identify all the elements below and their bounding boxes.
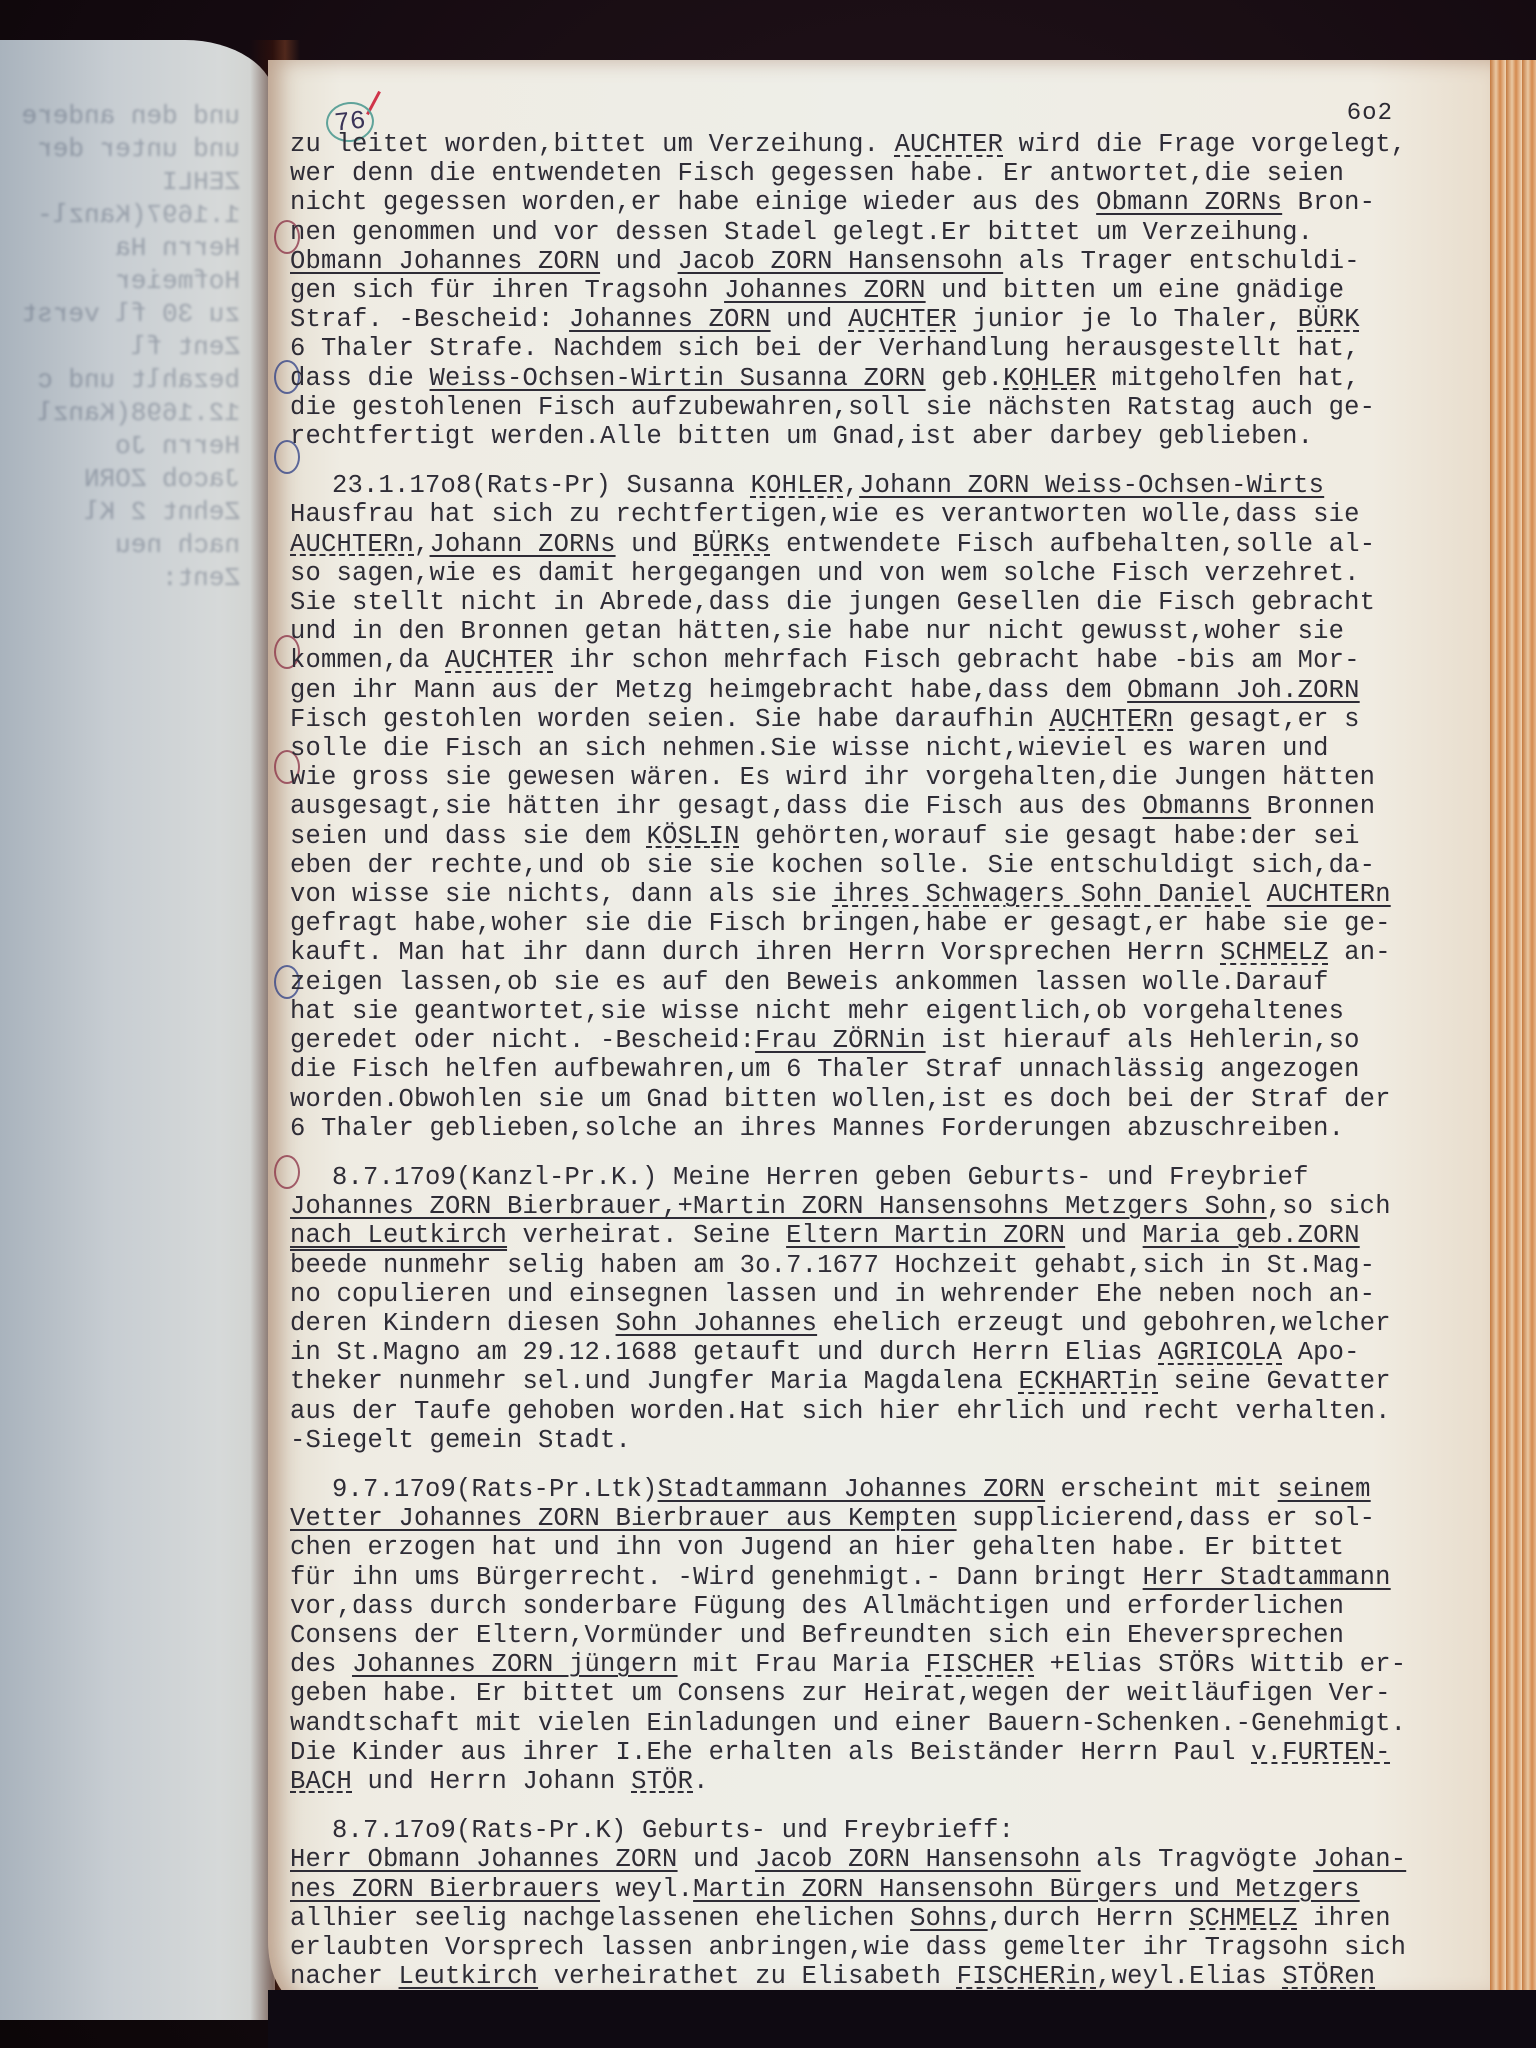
text-segment: mitgeholfen hat, <box>1096 364 1360 393</box>
text-segment: beede nunmehr selig haben am 3o.7.1677 H… <box>290 1251 1375 1280</box>
underlined-name: AUCHTER <box>848 305 957 334</box>
text-segment: des <box>290 1650 352 1679</box>
text-segment: 8.7.17o9(Kanzl-Pr.K.) Meine Herren geben… <box>332 1163 1309 1192</box>
underlined-name: SCHMELZ <box>1220 938 1329 967</box>
text-segment <box>1251 880 1267 909</box>
text-line: zu leitet worden,bittet um Verzeihung. A… <box>290 130 1485 159</box>
underlined-name: SCHMELZ <box>1189 1904 1298 1933</box>
underlined-name: Johannes ZORN <box>724 276 926 305</box>
underlined-name: BÜRK <box>1298 305 1360 334</box>
text-segment: gehörten,worauf sie gesagt habe:der sei <box>740 822 1360 851</box>
text-line: die gestohlenen Fisch aufzubewahren,soll… <box>290 393 1485 422</box>
text-segment: als Tragvögte <box>1081 1845 1314 1874</box>
text-segment: vor,dass durch sonderbare Fügung des All… <box>290 1592 1344 1621</box>
text-segment: eben der rechte,und ob sie sie kochen so… <box>290 851 1375 880</box>
text-line: allhier seelig nachgelassenen ehelichen … <box>290 1904 1485 1933</box>
text-segment: solle die Fisch an sich nehmen.Sie wisse… <box>290 734 1329 763</box>
text-line: Johannes ZORN Bierbrauer,+Martin ZORN Ha… <box>290 1192 1485 1221</box>
text-line: gefragt habe,woher sie die Fisch bringen… <box>290 909 1485 938</box>
text-line: rechtfertigt werden.Alle bitten um Gnad,… <box>290 422 1485 451</box>
typewritten-transcript: zu leitet worden,bittet um Verzeihung. A… <box>290 130 1485 1991</box>
paragraph-gap <box>290 451 1485 471</box>
ghost-line: bezahlt und c <box>0 364 240 397</box>
text-segment: so sagen,wie es damit hergegangen und vo… <box>290 559 1360 588</box>
text-segment: 8.7.17o9(Rats-Pr.K) Geburts- und Freybri… <box>332 1816 1014 1845</box>
text-line: wandtschaft mit vielen Einladungen und e… <box>290 1709 1485 1738</box>
text-segment: von wisse sie nichts, dann als sie <box>290 880 833 909</box>
text-segment: gesagt,er s <box>1174 705 1360 734</box>
text-line: Vetter Johannes ZORN Bierbrauer aus Kemp… <box>290 1504 1485 1533</box>
underlined-name: Obmann Johannes ZORN <box>290 247 600 276</box>
text-segment: und <box>1065 1221 1143 1250</box>
underlined-name: Jacob ZORN Hansensohn <box>755 1845 1081 1874</box>
text-segment: Apo- <box>1282 1338 1360 1367</box>
text-segment: no copulieren und einsegnen lassen und i… <box>290 1280 1375 1309</box>
text-segment: ist hierauf als Hehlerin,so <box>926 1026 1360 1055</box>
underlined-name: nach Leutkirch <box>290 1221 507 1250</box>
underlined-name: Obmann ZORNs <box>1096 188 1282 217</box>
underlined-name: Vetter Johannes ZORN Bierbrauer aus Kemp… <box>290 1504 957 1533</box>
ghost-line: ZEHLI <box>0 166 240 199</box>
text-line: so sagen,wie es damit hergegangen und vo… <box>290 559 1485 588</box>
underlined-name: Johann ZORNs <box>430 530 616 559</box>
text-line: nes ZORN Bierbrauers weyl.Martin ZORN Ha… <box>290 1875 1485 1904</box>
underlined-name: AUCHTERn <box>1050 705 1174 734</box>
text-segment: Bron- <box>1282 188 1375 217</box>
ghost-line: Zehnt 2 Kl <box>0 496 240 529</box>
text-segment: ,durch Herrn <box>988 1904 1190 1933</box>
left-page-bleedthrough-text: und den andereund unter derZEHLI1.1697(K… <box>0 100 240 595</box>
text-line: vor,dass durch sonderbare Fügung des All… <box>290 1592 1485 1621</box>
text-segment: wer denn die entwendeten Fisch gegessen … <box>290 159 1344 188</box>
text-segment: und <box>678 1845 756 1874</box>
text-segment: deren Kindern diesen <box>290 1309 616 1338</box>
text-line: von wisse sie nichts, dann als sie ihres… <box>290 880 1485 909</box>
underlined-name: AUCHTER <box>895 130 1004 159</box>
text-line: no copulieren und einsegnen lassen und i… <box>290 1280 1485 1309</box>
underlined-name: v.FURTEN- <box>1251 1738 1391 1767</box>
underlined-name: Obmanns <box>1143 792 1252 821</box>
book-page-edges <box>1490 60 1536 1990</box>
text-segment: erscheint mit <box>1045 1475 1278 1504</box>
underlined-name: AGRICOLA <box>1158 1338 1282 1367</box>
ghost-line: und unter der <box>0 133 240 166</box>
text-segment: nen genommen und vor dessen Stadel geleg… <box>290 218 1313 247</box>
text-segment: gen ihr Mann aus der Metzg heimgebracht … <box>290 676 1127 705</box>
text-segment: 9.7.17o9(Rats-Pr.Ltk) <box>332 1475 658 1504</box>
text-line: -Siegelt gemein Stadt. <box>290 1426 1485 1455</box>
underlined-name: Jacob ZORN Hansensohn <box>678 247 1004 276</box>
text-segment: gefragt habe,woher sie die Fisch bringen… <box>290 909 1391 938</box>
text-line: wie gross sie gewesen wären. Es wird ihr… <box>290 763 1485 792</box>
ghost-line: Herrn Jo <box>0 430 240 463</box>
paragraph-gap <box>290 1143 1485 1163</box>
bottom-shadow <box>268 1990 1536 2048</box>
text-segment: worden.Obwohlen sie um Gnad bitten wolle… <box>290 1085 1391 1114</box>
underlined-name: seinem <box>1278 1475 1371 1504</box>
text-segment: 6 Thaler geblieben,solche an ihres Manne… <box>290 1114 1344 1143</box>
underlined-name: Herr Obmann Johannes ZORN <box>290 1845 678 1874</box>
text-segment: +Elias STÖRs Wittib er- <box>1034 1650 1406 1679</box>
text-segment: dass die <box>290 364 430 393</box>
text-segment: für ihn ums Bürgerrecht. -Wird genehmigt… <box>290 1563 1143 1592</box>
text-line: worden.Obwohlen sie um Gnad bitten wolle… <box>290 1085 1485 1114</box>
underlined-name: Johannes ZORN Bierbrauer,+Martin ZORN Ha… <box>290 1192 1267 1221</box>
text-segment: und bitten um eine gnädige <box>926 276 1345 305</box>
text-segment: ,weyl.Elias <box>1096 1962 1282 1991</box>
text-segment: Hausfrau hat sich zu rechtfertigen,wie e… <box>290 500 1360 529</box>
text-segment: nicht gegessen worden,er habe einige wie… <box>290 188 1096 217</box>
ghost-line: Hofmeier <box>0 265 240 298</box>
text-segment: Die Kinder aus ihrer I.Ehe erhalten als … <box>290 1738 1251 1767</box>
text-segment: gen sich für ihren Tragsohn <box>290 276 724 305</box>
underlined-name: Johannes ZORN jüngern <box>352 1650 678 1679</box>
ghost-line: 12.1698(Kanzl <box>0 397 240 430</box>
right-page: 6o2 76 zu leitet worden,bittet um Verzei… <box>268 60 1493 2000</box>
text-segment: kauft. Man hat ihr dann durch ihren Herr… <box>290 938 1220 967</box>
text-line: Herr Obmann Johannes ZORN und Jacob ZORN… <box>290 1845 1485 1874</box>
text-line: 8.7.17o9(Rats-Pr.K) Geburts- und Freybri… <box>290 1816 1485 1845</box>
text-line: 23.1.17o8(Rats-Pr) Susanna KOHLER,Johann… <box>290 471 1485 500</box>
text-segment: rechtfertigt werden.Alle bitten um Gnad,… <box>290 422 1313 451</box>
underlined-name: Eltern Martin ZORN <box>786 1221 1065 1250</box>
text-segment: wird die Frage vorgelegt, <box>1003 130 1406 159</box>
underlined-name: Frau ZÖRNin <box>755 1026 926 1055</box>
underlined-name: ECKHARTin <box>1019 1367 1159 1396</box>
ghost-line: 1.1697(Kanzl- <box>0 199 240 232</box>
text-segment: die gestohlenen Fisch aufzubewahren,soll… <box>290 393 1375 422</box>
text-segment: und <box>771 305 849 334</box>
text-segment: ehelich erzeugt und gebohren,welcher <box>817 1309 1391 1338</box>
text-line: wer denn die entwendeten Fisch gegessen … <box>290 159 1485 188</box>
ghost-line: Jacob ZORN <box>0 463 240 496</box>
text-segment: allhier seelig nachgelassenen ehelichen <box>290 1904 910 1933</box>
text-segment: verheirat. Seine <box>507 1221 786 1250</box>
text-segment: wandtschaft mit vielen Einladungen und e… <box>290 1709 1406 1738</box>
text-line: kommen,da AUCHTER ihr schon mehrfach Fis… <box>290 646 1485 675</box>
underlined-name: Leutkirch <box>399 1962 539 1991</box>
text-segment: , <box>844 471 860 500</box>
text-line: dass die Weiss-Ochsen-Wirtin Susanna ZOR… <box>290 364 1485 393</box>
text-segment: junior je lo Thaler, <box>957 305 1298 334</box>
underlined-name: BÜRKs <box>693 530 771 559</box>
underlined-name: AUCHTERn <box>290 530 414 559</box>
text-line: nicht gegessen worden,er habe einige wie… <box>290 188 1485 217</box>
text-segment: kommen,da <box>290 646 445 675</box>
text-segment: aus der Taufe gehoben worden.Hat sich hi… <box>290 1397 1391 1426</box>
underlined-name: nes ZORN Bierbrauers <box>290 1875 600 1904</box>
text-segment: in St.Magno am 29.12.1688 getauft und du… <box>290 1338 1158 1367</box>
underlined-name: KOHLER <box>1003 364 1096 393</box>
text-segment: hat sie geantwortet,sie wisse nicht mehr… <box>290 997 1344 1026</box>
paragraph-gap <box>290 1455 1485 1475</box>
underlined-name: AUCHTER <box>445 646 554 675</box>
text-segment: als Trager entschuldi- <box>1003 247 1360 276</box>
text-line: aus der Taufe gehoben worden.Hat sich hi… <box>290 1397 1485 1426</box>
underlined-name: Sohns <box>910 1904 988 1933</box>
underlined-name: KÖSLIN <box>647 822 740 851</box>
text-line: 8.7.17o9(Kanzl-Pr.K.) Meine Herren geben… <box>290 1163 1485 1192</box>
text-segment: und Herrn Johann <box>352 1767 631 1796</box>
text-line: nach Leutkirch verheirat. Seine Eltern M… <box>290 1221 1485 1250</box>
underlined-name: Johan- <box>1313 1845 1406 1874</box>
text-line: Die Kinder aus ihrer I.Ehe erhalten als … <box>290 1738 1485 1767</box>
text-line: nen genommen und vor dessen Stadel geleg… <box>290 218 1485 247</box>
underlined-name: Stadtammann Johannes ZORN <box>658 1475 1046 1504</box>
text-segment: mit Frau Maria <box>678 1650 926 1679</box>
text-segment: ausgesagt,sie hätten ihr gesagt,dass die… <box>290 792 1143 821</box>
text-line: AUCHTERn,Johann ZORNs und BÜRKs entwende… <box>290 530 1485 559</box>
text-segment: Sie stellt nicht in Abrede,dass die jung… <box>290 588 1375 617</box>
underlined-name: Maria geb.ZORN <box>1143 1221 1360 1250</box>
underlined-name: KOHLER <box>751 471 844 500</box>
text-segment: leitet worden,bittet um Verzeihung. <box>337 130 895 159</box>
underlined-name: FISCHERin <box>957 1962 1097 1991</box>
underlined-name: BACH <box>290 1767 352 1796</box>
underlined-name: Weiss-Ochsen-Wirtin Susanna ZORN <box>430 364 926 393</box>
text-line: solle die Fisch an sich nehmen.Sie wisse… <box>290 734 1485 763</box>
text-line: hat sie geantwortet,sie wisse nicht mehr… <box>290 997 1485 1026</box>
text-line: deren Kindern diesen Sohn Johannes eheli… <box>290 1309 1485 1338</box>
text-line: theker nunmehr sel.und Jungfer Maria Mag… <box>290 1367 1485 1396</box>
underlined-name: Sohn Johannes <box>616 1309 818 1338</box>
ghost-line: und den andere <box>0 100 240 133</box>
text-line: 6 Thaler geblieben,solche an ihres Manne… <box>290 1114 1485 1143</box>
text-line: zeigen lassen,ob sie es auf den Beweis a… <box>290 968 1485 997</box>
text-segment: supplicierend,dass er sol- <box>957 1504 1376 1533</box>
underlined-name: Herr Stadtammann <box>1143 1563 1391 1592</box>
text-segment: chen erzogen hat und ihn von Jugend an h… <box>290 1533 1344 1562</box>
text-line: gen ihr Mann aus der Metzg heimgebracht … <box>290 676 1485 705</box>
text-segment: seien und dass sie dem <box>290 822 647 851</box>
text-segment: zu <box>290 130 337 159</box>
text-segment: ihr schon mehrfach Fisch gebracht habe -… <box>554 646 1360 675</box>
text-line: in St.Magno am 29.12.1688 getauft und du… <box>290 1338 1485 1367</box>
text-line: chen erzogen hat und ihn von Jugend an h… <box>290 1533 1485 1562</box>
text-segment: Bronnen <box>1251 792 1375 821</box>
text-segment: geben habe. Er bittet um Consens zur Hei… <box>290 1679 1391 1708</box>
text-segment: -Siegelt gemein Stadt. <box>290 1426 631 1455</box>
text-segment: und in den Bronnen getan hätten,sie habe… <box>290 617 1344 646</box>
ghost-line: Herrn Ha <box>0 232 240 265</box>
text-line: beede nunmehr selig haben am 3o.7.1677 H… <box>290 1251 1485 1280</box>
text-segment: theker nunmehr sel.und Jungfer Maria Mag… <box>290 1367 1019 1396</box>
text-segment: verheirathet zu Elisabeth <box>538 1962 957 1991</box>
text-segment: und <box>616 530 694 559</box>
text-segment: 23.1.17o8(Rats-Pr) Susanna <box>332 471 751 500</box>
text-segment: ,so sich <box>1267 1192 1391 1221</box>
ghost-line: Zent fl <box>0 331 240 364</box>
text-line: für ihn ums Bürgerrecht. -Wird genehmigt… <box>290 1563 1485 1592</box>
text-line: Sie stellt nicht in Abrede,dass die jung… <box>290 588 1485 617</box>
underlined-name: ihres Schwagers Sohn Daniel <box>833 880 1252 909</box>
underlined-name: STÖRen <box>1282 1962 1375 1991</box>
text-segment: , <box>414 530 430 559</box>
text-line: des Johannes ZORN jüngern mit Frau Maria… <box>290 1650 1485 1679</box>
text-segment: geredet oder nicht. -Bescheid: <box>290 1026 755 1055</box>
left-facing-page: und den andereund unter derZEHLI1.1697(K… <box>0 40 275 2020</box>
text-segment: wie gross sie gewesen wären. Es wird ihr… <box>290 763 1375 792</box>
text-line: eben der rechte,und ob sie sie kochen so… <box>290 851 1485 880</box>
underlined-name: AUCHTERn <box>1267 880 1391 909</box>
text-segment: an- <box>1329 938 1391 967</box>
text-line: gen sich für ihren Tragsohn Johannes ZOR… <box>290 276 1485 305</box>
text-line: 9.7.17o9(Rats-Pr.Ltk)Stadtammann Johanne… <box>290 1475 1485 1504</box>
text-segment: Fisch gestohlen worden seien. Sie habe d… <box>290 705 1050 734</box>
underlined-name: FISCHER <box>926 1650 1035 1679</box>
text-segment: ihren <box>1298 1904 1391 1933</box>
text-segment: Consens der Eltern,Vormünder und Befreun… <box>290 1621 1344 1650</box>
underlined-name: Johannes ZORN <box>569 305 771 334</box>
text-line: nacher Leutkirch verheirathet zu Elisabe… <box>290 1962 1485 1991</box>
text-line: Fisch gestohlen worden seien. Sie habe d… <box>290 705 1485 734</box>
ghost-line: nach neu <box>0 529 240 562</box>
underlined-name: Johann ZORN Weiss-Ochsen-Wirts <box>859 471 1324 500</box>
text-segment: weyl. <box>600 1875 693 1904</box>
text-line: 6 Thaler Strafe. Nachdem sich bei der Ve… <box>290 334 1485 363</box>
text-line: BACH und Herrn Johann STÖR. <box>290 1767 1485 1796</box>
ghost-line: Zent: <box>0 562 240 595</box>
text-segment: . <box>693 1767 709 1796</box>
underlined-name: Obmann Joh.ZORN <box>1127 676 1360 705</box>
text-line: Consens der Eltern,Vormünder und Befreun… <box>290 1621 1485 1650</box>
text-line: Obmann Johannes ZORN und Jacob ZORN Hans… <box>290 247 1485 276</box>
text-segment: zeigen lassen,ob sie es auf den Beweis a… <box>290 968 1329 997</box>
text-line: kauft. Man hat ihr dann durch ihren Herr… <box>290 938 1485 967</box>
text-segment: und <box>600 247 678 276</box>
text-segment: 6 Thaler Strafe. Nachdem sich bei der Ve… <box>290 334 1360 363</box>
text-segment: seine Gevatter <box>1158 1367 1391 1396</box>
underlined-name: Martin ZORN Hansensohn Bürgers und Metzg… <box>693 1875 1360 1904</box>
underlined-name: STÖR <box>631 1767 693 1796</box>
text-line: seien und dass sie dem KÖSLIN gehörten,w… <box>290 822 1485 851</box>
text-line: Hausfrau hat sich zu rechtfertigen,wie e… <box>290 500 1485 529</box>
ghost-line: zu 30 fl verst <box>0 298 240 331</box>
text-line: und in den Bronnen getan hätten,sie habe… <box>290 617 1485 646</box>
text-segment: nacher <box>290 1962 399 1991</box>
text-line: erlaubten Vorsprech lassen anbringen,wie… <box>290 1933 1485 1962</box>
text-segment: Straf. -Bescheid: <box>290 305 569 334</box>
text-segment: erlaubten Vorsprech lassen anbringen,wie… <box>290 1933 1406 1962</box>
page-number: 6o2 <box>1347 100 1393 127</box>
text-segment: geb. <box>926 364 1004 393</box>
text-segment: entwendete Fisch aufbehalten,solle al- <box>771 530 1376 559</box>
text-line: geredet oder nicht. -Bescheid:Frau ZÖRNi… <box>290 1026 1485 1055</box>
text-line: geben habe. Er bittet um Consens zur Hei… <box>290 1679 1485 1708</box>
paragraph-gap <box>290 1796 1485 1816</box>
text-segment: die Fisch helfen aufbewahren,um 6 Thaler… <box>290 1055 1360 1084</box>
text-line: ausgesagt,sie hätten ihr gesagt,dass die… <box>290 792 1485 821</box>
text-line: Straf. -Bescheid: Johannes ZORN und AUCH… <box>290 305 1485 334</box>
text-line: die Fisch helfen aufbewahren,um 6 Thaler… <box>290 1055 1485 1084</box>
